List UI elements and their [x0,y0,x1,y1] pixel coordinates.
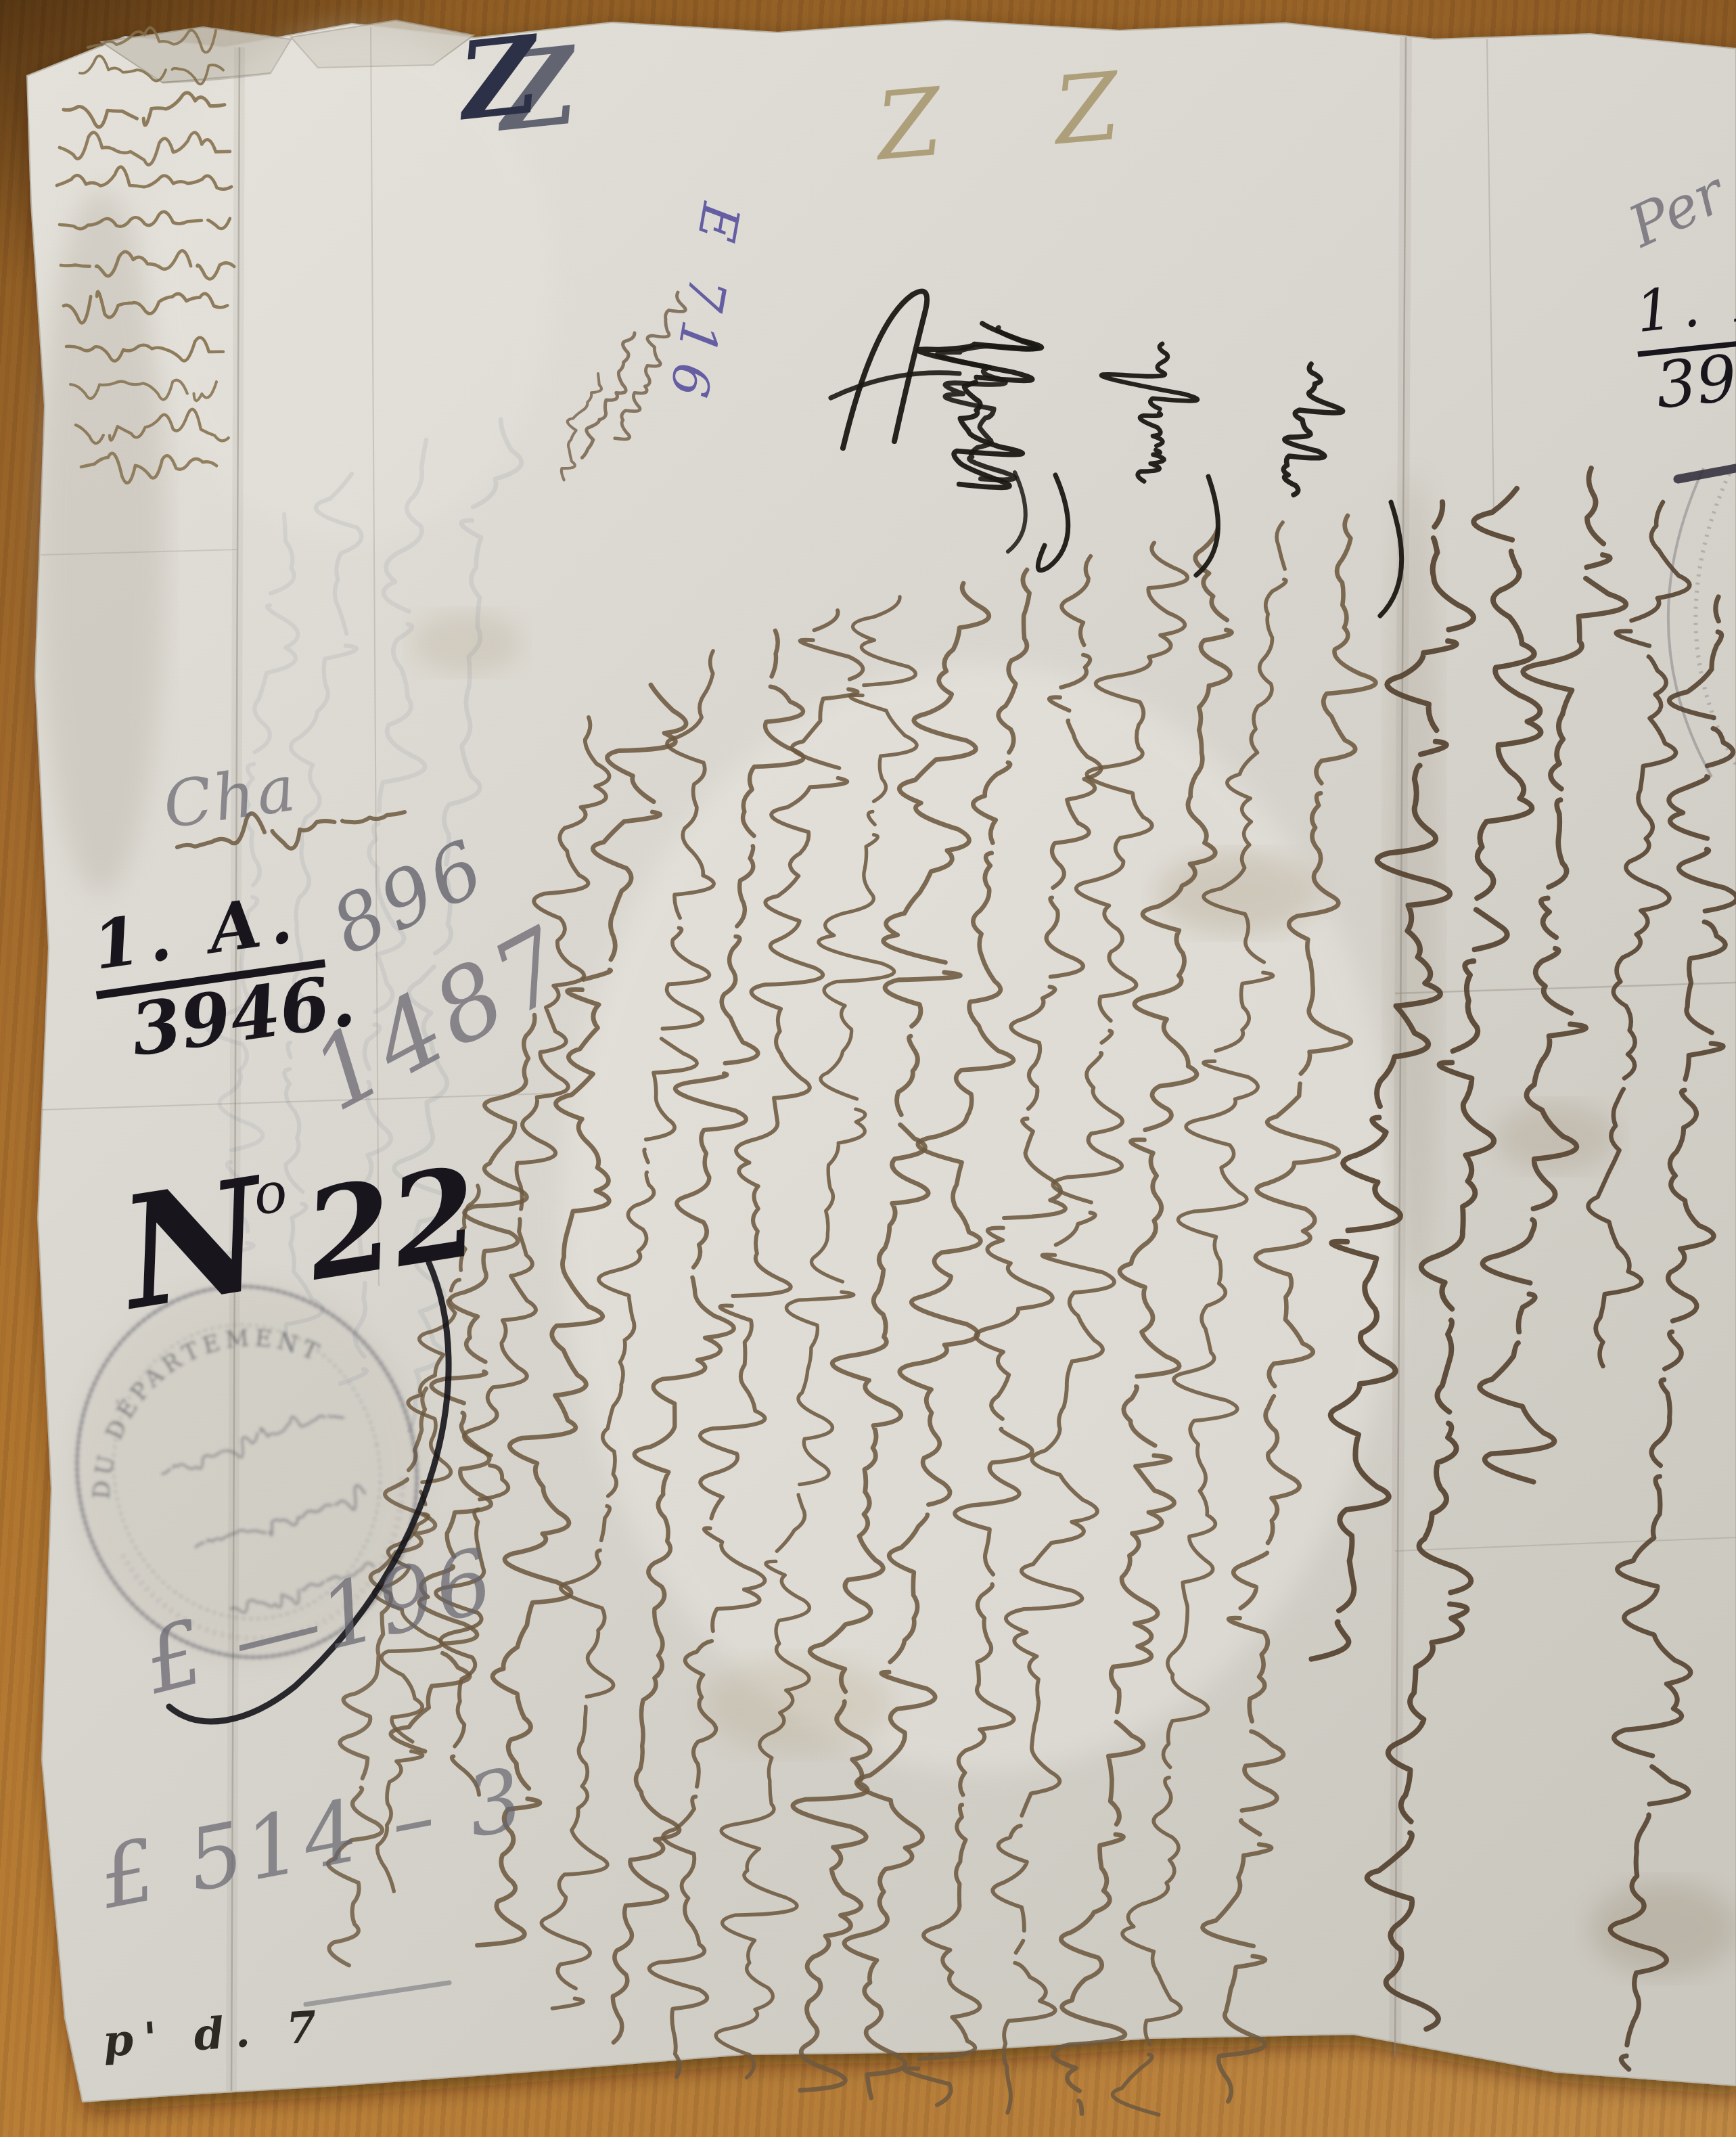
cote-top-right-denominator: 394 [1652,337,1736,423]
pencil-crossed-word: Cha [160,757,301,839]
cote-top-right: 1. A 394 [1630,266,1736,420]
monogram-z: Z [455,22,543,136]
faded-initials-zz: Z Z [873,56,1165,174]
manuscript-photo: DU DÉPARTEMENT Z Z Z E 716 Per 1. [0,0,1736,2137]
number-label-digits: 22 [296,1139,488,1309]
